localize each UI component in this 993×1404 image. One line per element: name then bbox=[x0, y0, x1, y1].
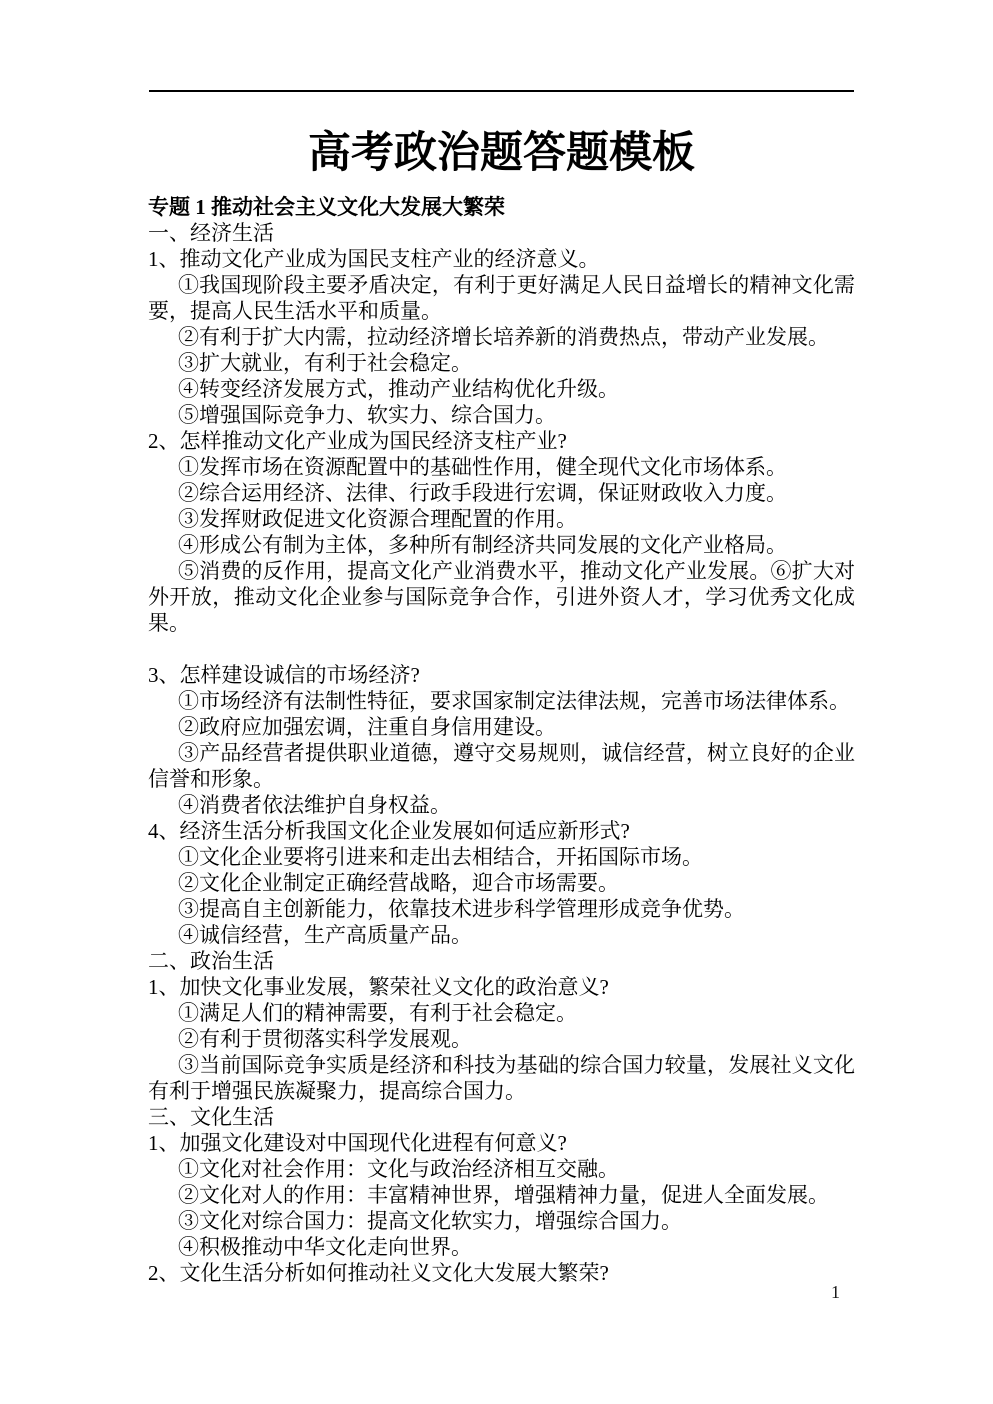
paragraph: 三、文化生活 bbox=[148, 1104, 855, 1130]
paragraph: 1、推动文化产业成为国民支柱产业的经济意义。 bbox=[148, 246, 855, 272]
paragraph: ②综合运用经济、法律、行政手段进行宏调，保证财政收入力度。 bbox=[148, 480, 855, 506]
page-number: 1 bbox=[831, 1281, 840, 1303]
paragraph: ①文化企业要将引进来和走出去相结合，开拓国际市场。 bbox=[148, 844, 855, 870]
document-page: 高考政治题答题模板 专题 1 推动社会主义文化大发展大繁荣一、经济生活1、推动文… bbox=[0, 0, 993, 1404]
paragraph: 1、加强文化建设对中国现代化进程有何意义? bbox=[148, 1130, 855, 1156]
paragraph: ③文化对综合国力：提高文化软实力，增强综合国力。 bbox=[148, 1208, 855, 1234]
page-title: 高考政治题答题模板 bbox=[148, 120, 855, 188]
paragraph: ④形成公有制为主体，多种所有制经济共同发展的文化产业格局。 bbox=[148, 532, 855, 558]
paragraph: ①我国现阶段主要矛盾决定，有利于更好满足人民日益增长的精神文化需要，提高人民生活… bbox=[148, 272, 855, 324]
paragraph: 2、怎样推动文化产业成为国民经济支柱产业? bbox=[148, 428, 855, 454]
paragraph: ④积极推动中华文化走向世界。 bbox=[148, 1234, 855, 1260]
paragraph: 1、加快文化事业发展，繁荣社义文化的政治意义? bbox=[148, 974, 855, 1000]
paragraph: ⑤增强国际竞争力、软实力、综合国力。 bbox=[148, 402, 855, 428]
paragraph: ①发挥市场在资源配置中的基础性作用，健全现代文化市场体系。 bbox=[148, 454, 855, 480]
paragraph: ②文化企业制定正确经营战略，迎合市场需要。 bbox=[148, 870, 855, 896]
paragraph: 4、经济生活分析我国文化企业发展如何适应新形式? bbox=[148, 818, 855, 844]
paragraph: ③提高自主创新能力，依靠技术进步科学管理形成竞争优势。 bbox=[148, 896, 855, 922]
header-rule-divider bbox=[149, 90, 854, 92]
paragraph: 二、政治生活 bbox=[148, 948, 855, 974]
paragraph: ①文化对社会作用：文化与政治经济相互交融。 bbox=[148, 1156, 855, 1182]
paragraph: ③扩大就业，有利于社会稳定。 bbox=[148, 350, 855, 376]
paragraph: 一、经济生活 bbox=[148, 220, 855, 246]
paragraph: ③产品经营者提供职业道德，遵守交易规则，诚信经营，树立良好的企业信誉和形象。 bbox=[148, 740, 855, 792]
paragraph: ②有利于贯彻落实科学发展观。 bbox=[148, 1026, 855, 1052]
paragraph bbox=[148, 636, 855, 662]
document-content: 高考政治题答题模板 专题 1 推动社会主义文化大发展大繁荣一、经济生活1、推动文… bbox=[148, 120, 855, 1286]
paragraph: ④转变经济发展方式，推动产业结构优化升级。 bbox=[148, 376, 855, 402]
paragraph: 3、怎样建设诚信的市场经济? bbox=[148, 662, 855, 688]
paragraph: ②政府应加强宏调，注重自身信用建设。 bbox=[148, 714, 855, 740]
paragraph: ③发挥财政促进文化资源合理配置的作用。 bbox=[148, 506, 855, 532]
paragraph: 专题 1 推动社会主义文化大发展大繁荣 bbox=[148, 194, 855, 220]
paragraph: 2、文化生活分析如何推动社义文化大发展大繁荣? bbox=[148, 1260, 855, 1286]
paragraph: ②文化对人的作用：丰富精神世界，增强精神力量，促进人全面发展。 bbox=[148, 1182, 855, 1208]
paragraph: ⑤消费的反作用，提高文化产业消费水平，推动文化产业发展。⑥扩大对外开放，推动文化… bbox=[148, 558, 855, 636]
paragraph: ②有利于扩大内需，拉动经济增长培养新的消费热点，带动产业发展。 bbox=[148, 324, 855, 350]
paragraph: ③当前国际竞争实质是经济和科技为基础的综合国力较量，发展社义文化有利于增强民族凝… bbox=[148, 1052, 855, 1104]
paragraph: ④诚信经营，生产高质量产品。 bbox=[148, 922, 855, 948]
paragraph: ④消费者依法维护自身权益。 bbox=[148, 792, 855, 818]
paragraph: ①市场经济有法制性特征，要求国家制定法律法规，完善市场法律体系。 bbox=[148, 688, 855, 714]
document-body: 专题 1 推动社会主义文化大发展大繁荣一、经济生活1、推动文化产业成为国民支柱产… bbox=[148, 194, 855, 1286]
paragraph: ①满足人们的精神需要，有利于社会稳定。 bbox=[148, 1000, 855, 1026]
